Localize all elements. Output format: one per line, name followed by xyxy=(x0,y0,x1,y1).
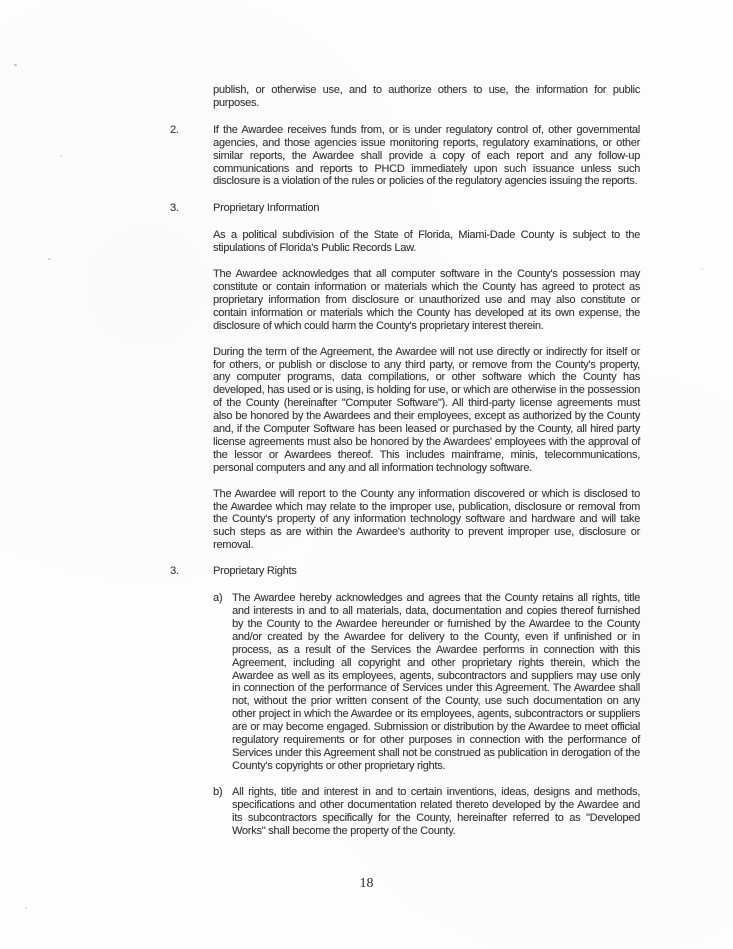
section-title: Proprietary Information xyxy=(213,202,640,215)
section-proprietary-rights-heading: 3. Proprietary Rights xyxy=(170,565,640,578)
subitem-text: The Awardee hereby acknowledges and agre… xyxy=(232,592,640,773)
subitem-a: a) The Awardee hereby acknowledges and a… xyxy=(213,592,640,773)
numbered-item-2: 2. If the Awardee receives funds from, o… xyxy=(170,124,640,189)
page-number: 18 xyxy=(0,876,733,892)
continuation-paragraph: publish, or otherwise use, and to author… xyxy=(213,84,640,110)
scan-speck xyxy=(60,155,62,157)
item-number: 3. xyxy=(170,565,213,578)
scanned-document-page: publish, or otherwise use, and to author… xyxy=(0,0,733,949)
subitem-label: b) xyxy=(213,786,232,838)
document-body: publish, or otherwise use, and to author… xyxy=(170,84,640,850)
scan-speck xyxy=(14,64,17,66)
subitem-b: b) All rights, title and interest in and… xyxy=(213,786,640,838)
scan-speck xyxy=(701,268,703,270)
section-title: Proprietary Rights xyxy=(213,565,640,578)
scan-speck xyxy=(48,258,51,260)
paragraph-public-records: As a political subdivision of the State … xyxy=(213,229,640,255)
paragraph-agreement-term: During the term of the Agreement, the Aw… xyxy=(213,346,640,475)
subitem-text: All rights, title and interest in and to… xyxy=(232,786,640,838)
paragraph-report-to-county: The Awardee will report to the County an… xyxy=(213,488,640,553)
section-proprietary-information-heading: 3. Proprietary Information xyxy=(170,202,640,215)
subitem-label: a) xyxy=(213,592,232,773)
item-number: 2. xyxy=(170,124,213,189)
item-text: If the Awardee receives funds from, or i… xyxy=(213,124,640,189)
item-number: 3. xyxy=(170,202,213,215)
scan-speck xyxy=(25,907,27,909)
paragraph-software-acknowledgement: The Awardee acknowledges that all comput… xyxy=(213,268,640,333)
